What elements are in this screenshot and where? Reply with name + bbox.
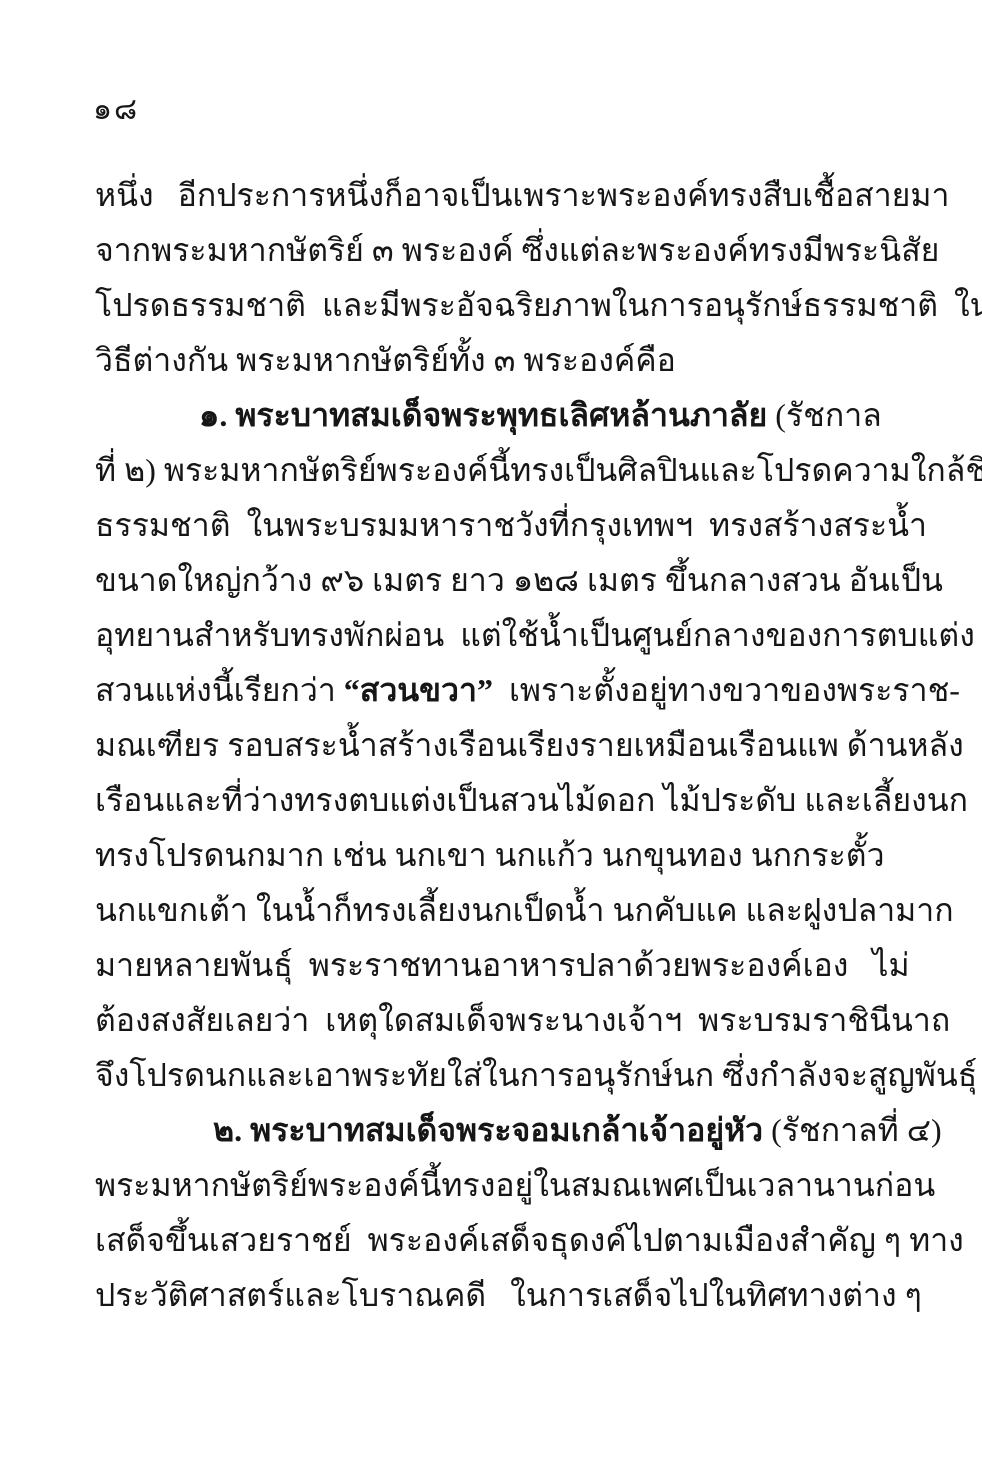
text-segment: มณเฑียร รอบสระน้ำสร้างเรือนเรียงรายเหมือ… (95, 727, 964, 763)
text-segment: ที่ ๒) พระมหากษัตริย์พระองค์นี้ทรงเป็นศิ… (95, 452, 982, 488)
text-line: ทรงโปรดนกมาก เช่น นกเขา นกแก้ว นกขุนทอง … (95, 828, 913, 883)
heading-line-rama2: ๑. พระบาทสมเด็จพระพุทธเลิศหล้านภาลัย (รั… (95, 388, 913, 443)
text-line: นกแขกเต้า ในน้ำก็ทรงเลี้ยงนกเป็ดน้ำ นกคั… (95, 883, 913, 938)
king-name-bold: ๑. พระบาทสมเด็จพระพุทธเลิศหล้านภาลัย (199, 397, 767, 433)
paragraph-intro: หนึ่ง อีกประการหนึ่งก็อาจเป็นเพราะพระองค… (95, 168, 913, 388)
text-segment: ขนาดใหญ่กว้าง ๙๖ เมตร ยาว ๑๒๘ เมตร ขึ้นก… (95, 562, 943, 598)
text-line: อุทยานสำหรับทรงพักผ่อน แต่ใช้น้ำเป็นศูนย… (95, 608, 913, 663)
text-line: พระมหากษัตริย์พระองค์นี้ทรงอยู่ในสมณเพศเ… (95, 1158, 913, 1213)
text-line: ธรรมชาติ ในพระบรมมหาราชวังที่กรุงเทพฯ ทร… (95, 498, 913, 553)
paragraph-king-rama2: ๑. พระบาทสมเด็จพระพุทธเลิศหล้านภาลัย (รั… (95, 388, 913, 1103)
text-segment: ธรรมชาติ ในพระบรมมหาราชวังที่กรุงเทพฯ ทร… (95, 507, 927, 543)
heading-line-rama4: ๒. พระบาทสมเด็จพระจอมเกล้าเจ้าอยู่หัว (ร… (95, 1103, 913, 1158)
text-segment: พระมหากษัตริย์พระองค์นี้ทรงอยู่ในสมณเพศเ… (95, 1167, 935, 1203)
text-line: จากพระมหากษัตริย์ ๓ พระองค์ ซึ่งแต่ละพระ… (95, 223, 913, 278)
text-line: มณเฑียร รอบสระน้ำสร้างเรือนเรียงรายเหมือ… (95, 718, 913, 773)
text-line: สวนแห่งนี้เรียกว่า “สวนขวา” เพราะตั้งอยู… (95, 663, 913, 718)
text-segment: เพราะตั้งอยู่ทางขวาของพระราช- (493, 672, 960, 708)
text-segment: ประวัติศาสตร์และโบราณคดี ในการเสด็จไปในท… (95, 1277, 922, 1313)
text-segment: ต้องสงสัยเลยว่า เหตุใดสมเด็จพระนางเจ้าฯ … (95, 1002, 950, 1038)
text-segment: เรือนและที่ว่างทรงตบแต่งเป็นสวนไม้ดอก ไม… (95, 782, 968, 818)
page-text: หนึ่ง อีกประการหนึ่งก็อาจเป็นเพราะพระองค… (95, 168, 913, 1323)
text-segment: (รัชกาล (767, 397, 882, 433)
text-line: โปรดธรรมชาติ และมีพระอัจฉริยภาพในการอนุร… (95, 278, 913, 333)
text-segment: นกแขกเต้า ในน้ำก็ทรงเลี้ยงนกเป็ดน้ำ นกคั… (95, 892, 954, 928)
king-name-bold: ๒. พระบาทสมเด็จพระจอมเกล้าเจ้าอยู่หัว (213, 1112, 763, 1148)
text-segment: หนึ่ง อีกประการหนึ่งก็อาจเป็นเพราะพระองค… (95, 177, 949, 213)
text-segment: สวนแห่งนี้เรียกว่า (95, 672, 344, 708)
text-segment: วิธีต่างกัน พระมหากษัตริย์ทั้ง ๓ พระองค์… (95, 342, 676, 378)
text-line: ที่ ๒) พระมหากษัตริย์พระองค์นี้ทรงเป็นศิ… (95, 443, 913, 498)
text-line: ต้องสงสัยเลยว่า เหตุใดสมเด็จพระนางเจ้าฯ … (95, 993, 913, 1048)
text-line: จึงโปรดนกและเอาพระทัยใส่ในการอนุรักษ์นก … (95, 1048, 913, 1103)
text-line: หนึ่ง อีกประการหนึ่งก็อาจเป็นเพราะพระองค… (95, 168, 913, 223)
text-line: เสด็จขึ้นเสวยราชย์ พระองค์เสด็จธุดงค์ไปต… (95, 1213, 913, 1268)
text-segment: จากพระมหากษัตริย์ ๓ พระองค์ ซึ่งแต่ละพระ… (95, 232, 939, 268)
page-number: ๑๘ (93, 92, 139, 128)
text-segment: ทรงโปรดนกมาก เช่น นกเขา นกแก้ว นกขุนทอง … (95, 837, 885, 873)
garden-name-bold: “สวนขวา” (344, 672, 493, 708)
text-line: มายหลายพันธุ์ พระราชทานอาหารปลาด้วยพระอง… (95, 938, 913, 993)
scanned-page: ๑๘ หนึ่ง อีกประการหนึ่งก็อาจเป็นเพราะพระ… (0, 0, 982, 1467)
text-segment: อุทยานสำหรับทรงพักผ่อน แต่ใช้น้ำเป็นศูนย… (95, 617, 975, 653)
text-segment: มายหลายพันธุ์ พระราชทานอาหารปลาด้วยพระอง… (95, 947, 910, 983)
text-line: วิธีต่างกัน พระมหากษัตริย์ทั้ง ๓ พระองค์… (95, 333, 913, 388)
paragraph-king-rama4: ๒. พระบาทสมเด็จพระจอมเกล้าเจ้าอยู่หัว (ร… (95, 1103, 913, 1323)
text-segment: จึงโปรดนกและเอาพระทัยใส่ในการอนุรักษ์นก … (95, 1057, 977, 1093)
text-line: ขนาดใหญ่กว้าง ๙๖ เมตร ยาว ๑๒๘ เมตร ขึ้นก… (95, 553, 913, 608)
text-segment: เสด็จขึ้นเสวยราชย์ พระองค์เสด็จธุดงค์ไปต… (95, 1222, 964, 1258)
text-line: เรือนและที่ว่างทรงตบแต่งเป็นสวนไม้ดอก ไม… (95, 773, 913, 828)
text-segment: (รัชกาลที่ ๔) (763, 1112, 941, 1148)
text-line: ประวัติศาสตร์และโบราณคดี ในการเสด็จไปในท… (95, 1268, 913, 1323)
text-segment: โปรดธรรมชาติ และมีพระอัจฉริยภาพในการอนุร… (95, 287, 982, 323)
